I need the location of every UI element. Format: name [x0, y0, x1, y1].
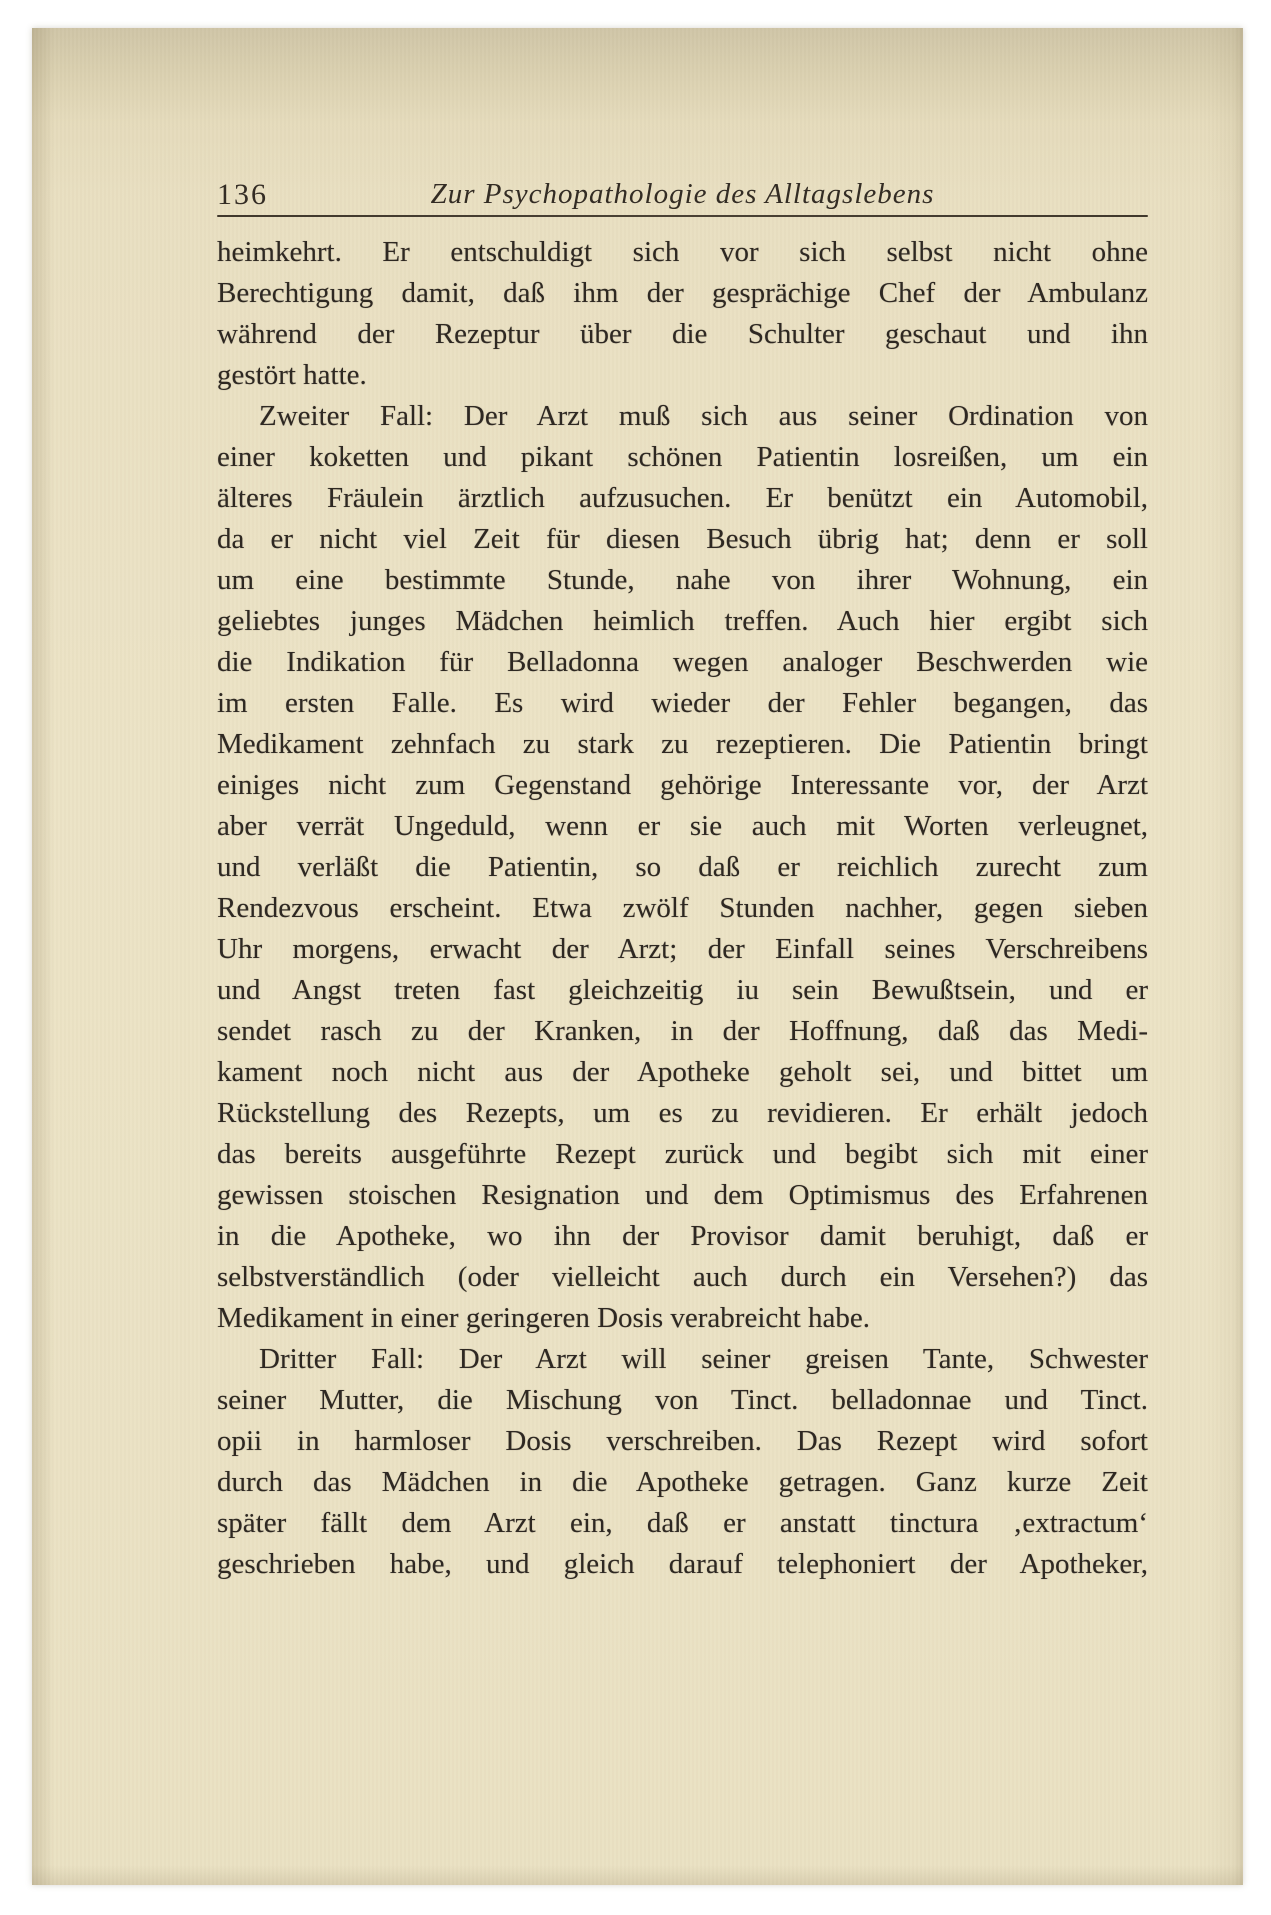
- body-text: heimkehrt. Er entschuldigt sich vor sich…: [217, 232, 1148, 1585]
- text-line: während der Rezeptur über die Schulter g…: [217, 314, 1148, 355]
- text-line: einer koketten und pikant schönen Patien…: [217, 437, 1148, 478]
- scan-background: 136 Zur Psychopathologie des Alltagslebe…: [0, 0, 1271, 1915]
- text-line: und verläßt die Patientin, so daß er rei…: [217, 847, 1148, 888]
- text-line: Rückstellung des Rezepts, um es zu revid…: [217, 1093, 1148, 1134]
- text-line: geschrieben habe, und gleich darauf tele…: [217, 1544, 1148, 1585]
- text-line: sendet rasch zu der Kranken, in der Hoff…: [217, 1011, 1148, 1052]
- text-line: seiner Mutter, die Mischung von Tinct. b…: [217, 1380, 1148, 1421]
- text-line: durch das Mädchen in die Apotheke getrag…: [217, 1462, 1148, 1503]
- text-line: die Indikation für Belladonna wegen anal…: [217, 642, 1148, 683]
- text-line: und Angst treten fast gleichzeitig iu se…: [217, 970, 1148, 1011]
- header-rule: [217, 215, 1148, 217]
- text-line: aber verrät Ungeduld, wenn er sie auch m…: [217, 806, 1148, 847]
- text-line: Medikament in einer geringeren Dosis ver…: [217, 1298, 1148, 1339]
- text-line: Medikament zehnfach zu stark zu rezeptie…: [217, 724, 1148, 765]
- text-line: einiges nicht zum Gegenstand gehörige In…: [217, 765, 1148, 806]
- running-title: Zur Psychopathologie des Alltagslebens: [217, 178, 1148, 211]
- text-line: in die Apotheke, wo ihn der Provisor dam…: [217, 1216, 1148, 1257]
- text-line: selbstverständlich (oder vielleicht auch…: [217, 1257, 1148, 1298]
- text-line: später fällt dem Arzt ein, daß er anstat…: [217, 1503, 1148, 1544]
- text-line: Uhr morgens, erwacht der Arzt; der Einfa…: [217, 929, 1148, 970]
- text-line: kament noch nicht aus der Apotheke gehol…: [217, 1052, 1148, 1093]
- text-line: Berechtigung damit, daß ihm der gespräch…: [217, 273, 1148, 314]
- text-line: Rendezvous erscheint. Etwa zwölf Stunden…: [217, 888, 1148, 929]
- page-number: 136: [217, 178, 268, 212]
- book-page: 136 Zur Psychopathologie des Alltagslebe…: [32, 28, 1243, 1885]
- text-line: Dritter Fall: Der Arzt will seiner greis…: [217, 1339, 1148, 1380]
- text-line: opii in harmloser Dosis verschreiben. Da…: [217, 1421, 1148, 1462]
- text-line: im ersten Falle. Es wird wieder der Fehl…: [217, 683, 1148, 724]
- text-line: gewissen stoischen Resignation und dem O…: [217, 1175, 1148, 1216]
- text-line: gestört hatte.: [217, 355, 1148, 396]
- text-line: geliebtes junges Mädchen heimlich treffe…: [217, 601, 1148, 642]
- text-line: das bereits ausgeführte Rezept zurück un…: [217, 1134, 1148, 1175]
- text-line: um eine bestimmte Stunde, nahe von ihrer…: [217, 560, 1148, 601]
- text-line: da er nicht viel Zeit für diesen Besuch …: [217, 519, 1148, 560]
- text-line: heimkehrt. Er entschuldigt sich vor sich…: [217, 232, 1148, 273]
- text-line: Zweiter Fall: Der Arzt muß sich aus sein…: [217, 396, 1148, 437]
- text-line: älteres Fräulein ärztlich aufzusuchen. E…: [217, 478, 1148, 519]
